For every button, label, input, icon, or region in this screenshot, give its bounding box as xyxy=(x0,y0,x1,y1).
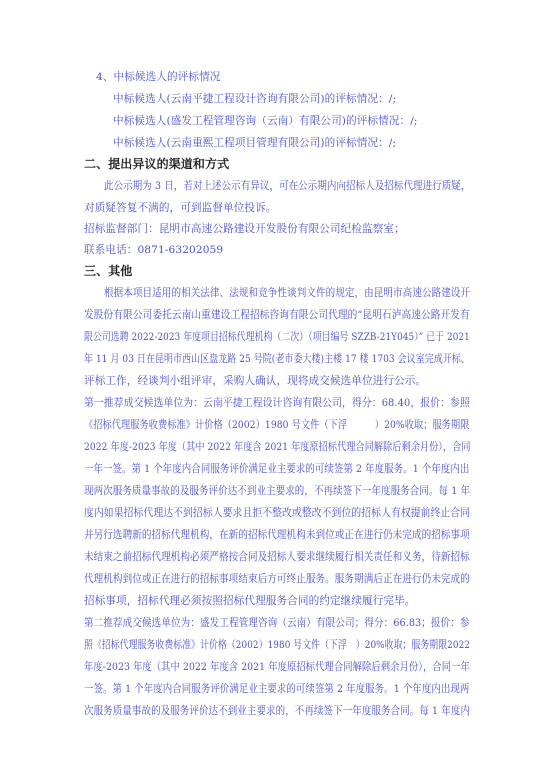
objection-line-2: 对质疑答复不满的，可到监督单位投诉。 xyxy=(84,201,277,215)
second-candidate-line-4: 一签。第 1 个年度内合同服务评价满足业主要求的可续签第 2 年度服务。1 个年… xyxy=(84,682,469,696)
contact-phone: 联系电话：0871-63202059 xyxy=(84,243,223,257)
document-page: 4、中标候选人的评标情况 中标候选人(云南平捷工程设计咨询有限公司)的评标情况：… xyxy=(0,0,554,783)
section-4-title: 4、中标候选人的评标情况 xyxy=(96,70,220,84)
second-candidate-line-5: 次服务质量事故的及服务评价达不到业主要求的，不再续签下一年度服务合同。每 1 年… xyxy=(84,704,470,718)
first-candidate-line-1: 第一推荐成交候选单位为：云南平捷工程设计咨询有限公司，得分：68.40，报价：参… xyxy=(84,396,470,410)
objection-line-1: 此公示期为 3 日，若对上述公示有异议，可在公示期内向招标人及招标代理进行质疑， xyxy=(104,179,470,193)
first-candidate-line-3: 2022 年度-2023 年度（其中 2022 年度含 2021 年度原招标代理… xyxy=(84,440,471,454)
first-candidate-line-7: 并另行选聘新的招标代理机构，在新的招标代理机构未到位或正在进行仍未完成的招标事项 xyxy=(84,528,470,542)
first-candidate-line-5: 现两次服务质量事故的及服务评价达不到业主要求的，不再续签下一年度服务合同。每 1… xyxy=(84,484,470,498)
candidate-evaluation-3: 中标候选人(云南重熙工程项目管理有限公司)的评标情况：/; xyxy=(113,136,396,150)
second-candidate-line-3: 年度-2023 年度（其中 2022 年度含 2021 年度原招标代理合同解除后… xyxy=(84,660,470,674)
section-2-heading: 二、提出异议的渠道和方式 xyxy=(84,157,229,171)
intro-line-2: 发股份有限公司委托云南山重建设工程招标咨询有限公司代理的“昆明石泸高速公路开发有 xyxy=(84,308,470,322)
first-candidate-line-8: 未结束之前招标代理机构必须严格按合同及招标人要求继续履行相关责任和义务，待新招标 xyxy=(84,550,470,564)
first-candidate-line-6: 度内如果招标代理达不到招标人要求且拒不整改或整改不到位的招标人有权提前终止合同 xyxy=(84,506,470,520)
intro-line-1: 根据本项目适用的相关法律、法规和竞争性谈判文件的规定，由昆明市高速公路建设开 xyxy=(104,286,470,300)
supervision-department: 招标监督部门：昆明市高速公路建设开发股份有限公司纪检监察室； xyxy=(84,222,405,236)
first-candidate-line-9: 代理机构到位或正在进行的招标事项结束后方可终止服务。服务期满后正在进行仍未完成的 xyxy=(84,572,470,586)
first-candidate-line-4: 一年一签。第 1 个年度内合同服务评价满足业主要求的可续签第 2 年度服务。1 … xyxy=(84,462,469,476)
intro-line-4: 年 11 月 03 日在昆明市西山区盘龙路 25 号院(老市委大楼)主楼 17 … xyxy=(84,352,470,366)
second-candidate-line-1: 第二推荐成交候选单位为：盛发工程管理咨询（云南）有限公司；得分：66.83；报价… xyxy=(84,616,470,630)
candidate-evaluation-1: 中标候选人(云南平捷工程设计咨询有限公司)的评标情况：/; xyxy=(113,92,396,106)
second-candidate-line-2: 照《招标代理服务收费标准》计价格（2002）1980 号文件（下浮 ）20%收取… xyxy=(84,638,470,652)
section-3-heading: 三、其他 xyxy=(84,264,132,278)
intro-line-5: 评标工作，经谈判小组评审，采购人确认，现将成交候选单位进行公示。 xyxy=(84,374,426,388)
candidate-evaluation-2: 中标候选人(盛发工程管理咨询（云南）有限公司)的评标情况：/; xyxy=(113,114,418,128)
first-candidate-line-10: 招标事项，招标代理必须按照招标代理服务合同的约定继续履行完毕。 xyxy=(84,594,416,608)
first-candidate-line-2: 《招标代理服务收费标准》计价格（2002）1980 号文件（下浮 ）20%收取；… xyxy=(84,418,469,432)
intro-line-3: 限公司选聘 2022-2023 年度项目招标代理机构（二次）（项目编号 SZZB… xyxy=(84,330,470,344)
